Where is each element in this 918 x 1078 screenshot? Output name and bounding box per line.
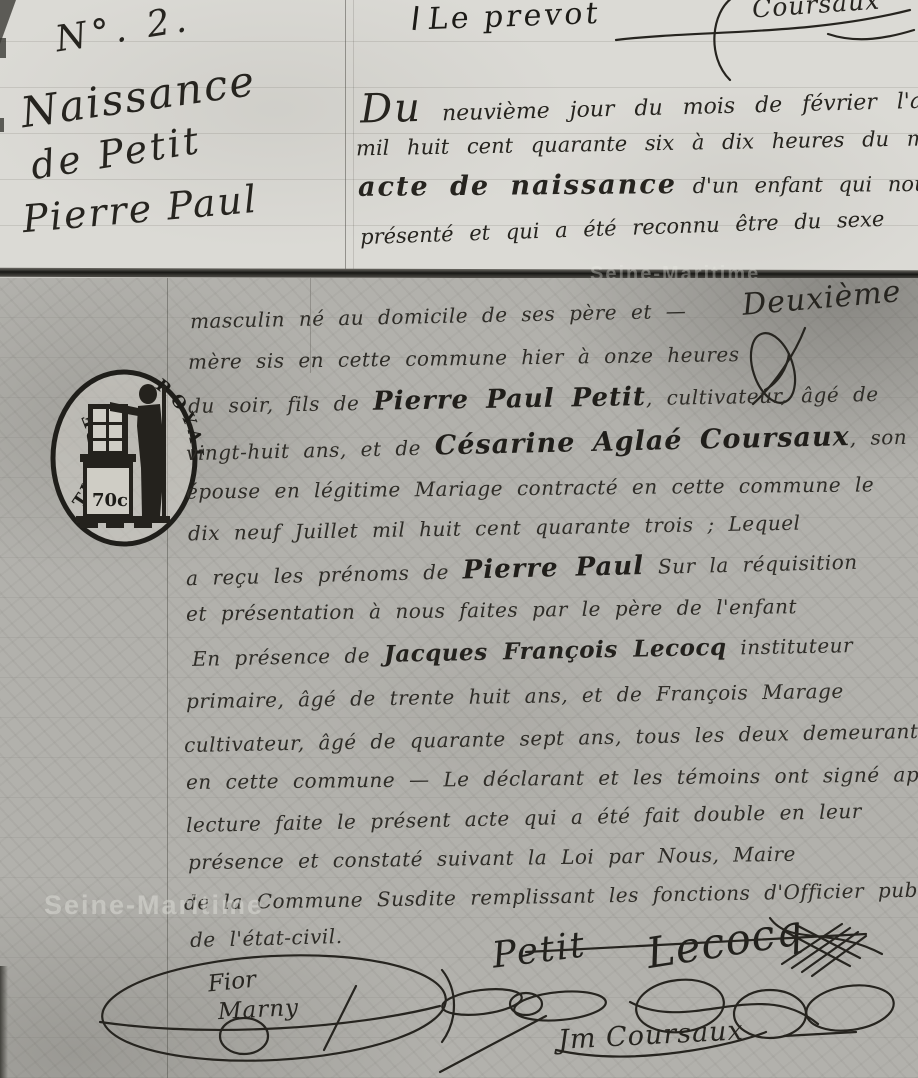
- act-body-line: mère sis en cette commune hier à onze he…: [188, 344, 740, 372]
- witness1-name: Jacques François Lecocq: [384, 634, 727, 668]
- act-body-line: du soir, fils de Pierre Paul Petit, cult…: [188, 380, 879, 418]
- signature-fior-line1: Fior: [207, 969, 257, 997]
- act-body-text: du soir, fils de: [188, 391, 360, 418]
- act-body-text: , cultivateur, âgé de: [646, 382, 879, 410]
- margin-title-line: Pierre Paul: [21, 180, 260, 238]
- act-body-line: a reçu les prénoms de Pierre Paul Sur la…: [186, 548, 858, 590]
- scan-edge-mark: [0, 38, 6, 58]
- act-intro-line: présenté et qui a été reconnu être du se…: [360, 209, 885, 248]
- child-name: Pierre Paul: [462, 551, 644, 585]
- act-body-line: présence et constaté suivant la Loi par …: [188, 844, 796, 872]
- act-body-text: En présence de: [192, 643, 371, 671]
- act-body-line: vingt-huit ans, et de Césarine Aglaé Cou…: [186, 422, 908, 465]
- act-intro-line: Du neuvième jour du mois de février l'an: [360, 74, 918, 129]
- act-body-line: masculin né au domicile de ses père et —: [190, 301, 687, 331]
- act-body-line: lecture faite le présent acte qui a été …: [186, 801, 862, 835]
- scan-edge-shadow: [0, 966, 8, 1078]
- birth-record-scan: N°. 2. Naissance de Petit Pierre Paul Le…: [0, 0, 918, 1078]
- signature-flourish: [436, 1002, 876, 1078]
- margin-title-line: Naissance: [18, 60, 258, 135]
- page-marker: Deuxième: [741, 277, 903, 321]
- act-body-line: de l'état-civil.: [190, 926, 343, 950]
- act-intro-line: acte de naissance d'un enfant qui nous a…: [358, 168, 918, 201]
- act-body-line: dix neuf Juillet mil huit cent quarante …: [188, 513, 801, 544]
- scan-edge-mark: [0, 118, 4, 132]
- act-body-line: primaire, âgé de trente huit ans, et de …: [186, 681, 844, 711]
- register-top-section: N°. 2. Naissance de Petit Pierre Paul Le…: [0, 0, 918, 272]
- father-name: Pierre Paul Petit: [373, 382, 646, 417]
- signature-fior-line2: Marny: [217, 997, 299, 1024]
- act-body-text: Sur la réquisition: [658, 550, 858, 579]
- act-number: N°. 2.: [53, 2, 194, 59]
- drop-cap: Du: [359, 85, 422, 133]
- act-body-text: vingt-huit ans, et de: [186, 436, 421, 465]
- act-type-label: acte de naissance: [358, 169, 677, 203]
- register-bottom-section: Deuxième TIMBRE ROYAL: [0, 278, 918, 1078]
- margin-rule: [345, 0, 346, 272]
- act-body-line: et présentation à nous faites par le pèr…: [186, 596, 797, 623]
- act-body-text: instituteur: [740, 633, 853, 659]
- mother-name: Césarine Aglaé Coursaux: [434, 421, 850, 461]
- act-body-line: cultivateur, âgé de quarante sept ans, t…: [184, 721, 918, 755]
- act-intro-text: d'un enfant qui nous a été: [693, 171, 918, 198]
- act-intro-text: neuvième jour du mois de février l'an: [442, 88, 918, 126]
- act-body-text: a reçu les prénoms de: [186, 560, 449, 590]
- clerk-name: Le prevot: [426, 0, 602, 35]
- act-body-line: En présence de Jacques François Lecocq i…: [192, 633, 853, 670]
- signature-underline-flourish: [608, 0, 918, 52]
- act-body-line: épouse en légitime Mariage contracté en …: [186, 474, 874, 501]
- stamp-value: 70c: [92, 490, 128, 511]
- margin-rule-faint: [353, 0, 354, 272]
- act-intro-line: mil huit cent quarante six à dix heures …: [356, 128, 918, 160]
- timbre-royal-stamp: TIMBRE ROYAL: [46, 364, 204, 556]
- act-body-text: , son: [849, 425, 907, 450]
- pen-tick: [413, 6, 419, 30]
- act-body-line: en cette commune — Le déclarant et les t…: [186, 764, 918, 792]
